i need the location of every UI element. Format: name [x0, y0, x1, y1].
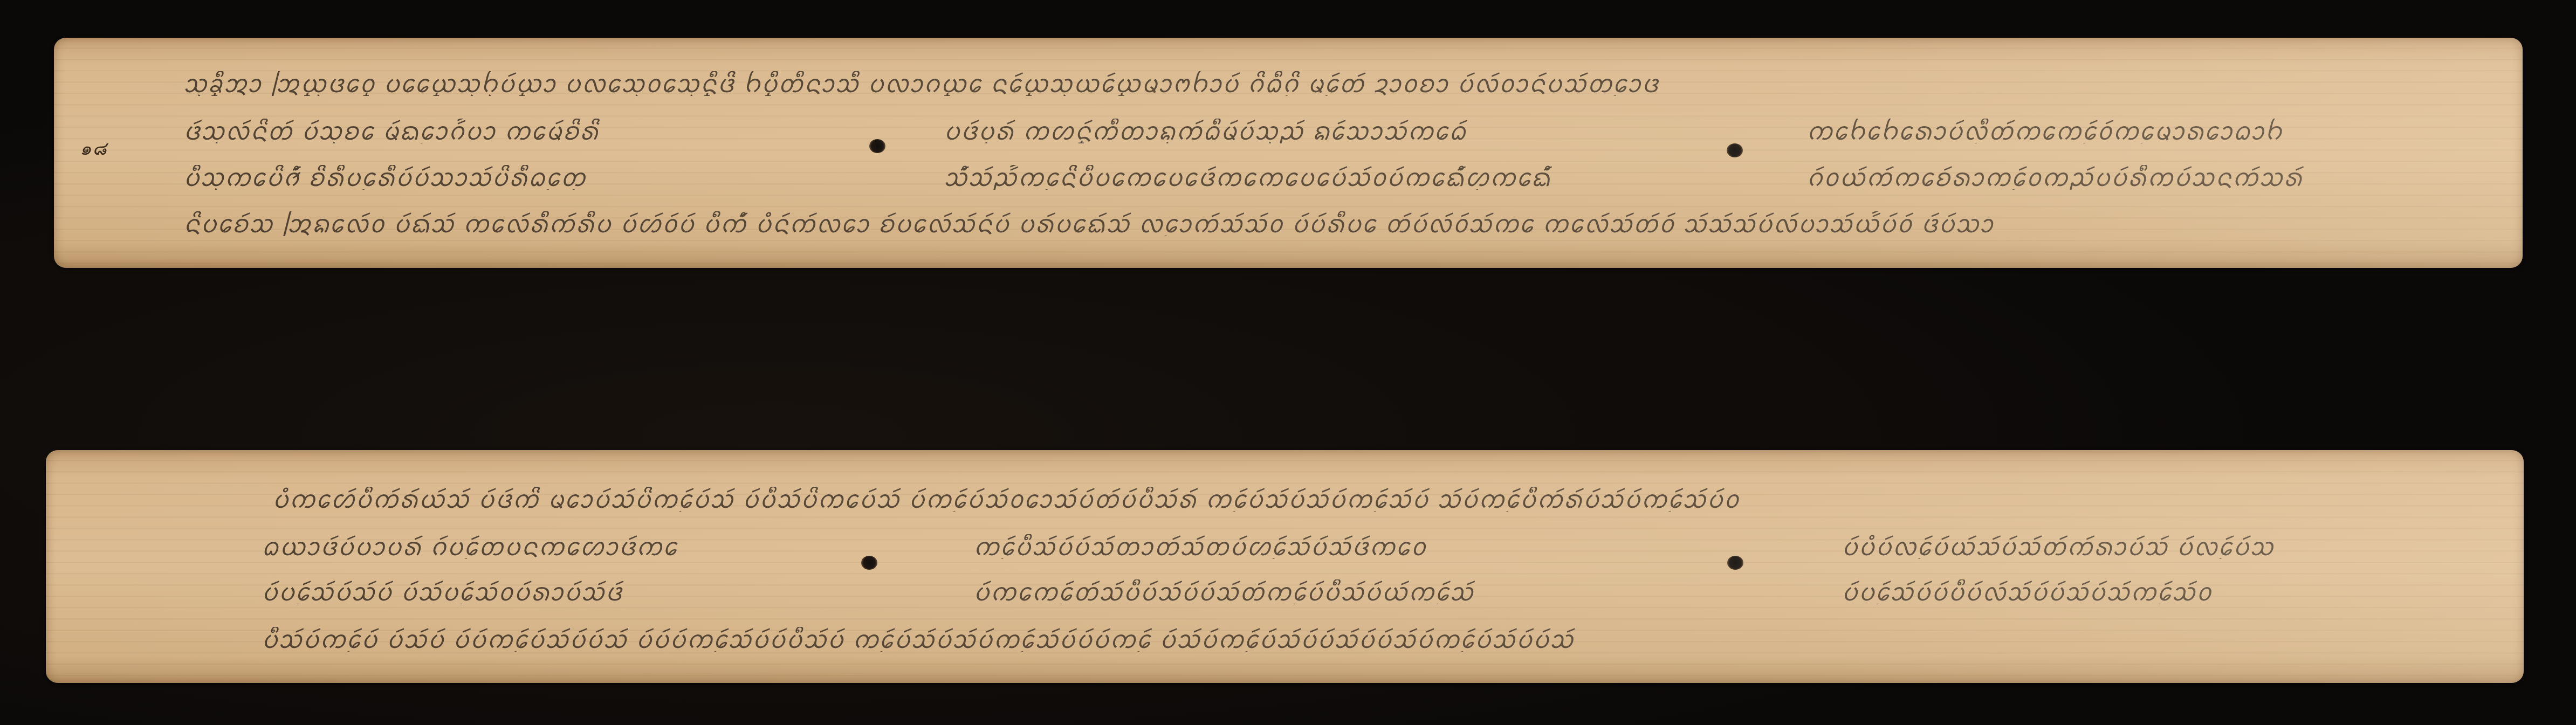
- palm-leaf-folio-bottom: ᨷᩴᨠᩮᩉᩢᨷᩥᨠᩢᩁᩢᨿᩢᩈᩢ ᨷᩢᨴᩢᨠᩦ ᨾᩮᩣᨷᩢᩈᩢᨷᩦᨠᩮᩬᩢᨷᩢᩈ…: [46, 450, 2524, 683]
- script-line-2-right: ᨷᩢᨷᩴᨷᩢᩃᩮᩬᩢᨷᩢᨿᩢᩈᩢᨷᩢᩈᩢᨲᩢᨠᩢᩁᩣᨷᩢᩈᩢ ᨷᩢᩃᩮᩬᩢᨷᩢᩈ: [1842, 534, 2462, 559]
- string-hole-right: [1727, 143, 1743, 157]
- folio-number: ๑๘: [80, 134, 108, 163]
- script-line-3-right: ᨷᩢᨷᩮᩬᩢᩈᩢᨷᩢᨷᩢᨷᩥᨷᩢᩃᩢᩈᩢᨷᩢᨷᩢᩈᩢᨷᩢᩈᩢᨠᩮᩬᩢᩈᩢᩅ: [1842, 579, 2462, 604]
- palm-leaf-folio-top: ๑๘ ᩈᩩ᩠ᨡᩥᩋᩣ ᩒ᩠ᨿᩩᨴᩮ᩠ᩅ ᨷᩯ᩠ᨿᩈᩩᨤᩩᨷᩢ᩠ᨿᩣ ᨷᩃᩮᩈᩩᩅ…: [54, 38, 2523, 268]
- string-hole-left: [869, 139, 885, 153]
- script-line-3-right: ᨣᩢᩅᨿᩢᨠᩢᨠᩮᨧᩢᩁᩣᨠᩮᩬᩢᩅᨠᨬᩢᨷᨷᩢᩁᩥᨠᨷᩢᩈᨶᨠᩢᩈᩁᩢ: [1806, 165, 2464, 190]
- script-line-3-left: ᨷᩥᩈᩩᨠᩮᨷᩦᩆᩢᩴᩢ ᨧᩦᩁᩥᨷᩮᩬᩁᩥᨷᩢᨷᩢᩈᩣᩈᩢᨷᩦᩁᩥᨵᩮᩬᨲᩬ: [183, 165, 820, 190]
- script-line-2-left: ᨴᩢᩈᩩᩃᩢᨶᩦᨲᩢ ᨷᩢᩈᩩᨧᩮ ᨾᩢᨳᩮᩬᩣᨣᩢᩢᨷᩣ ᨠᩮᨾᩢᨧᩦᩁᩦ: [183, 119, 820, 143]
- script-line-1: ᨷᩴᨠᩮᩉᩢᨷᩥᨠᩢᩁᩢᨿᩢᩈᩢ ᨷᩢᨴᩢᨠᩦ ᨾᩮᩣᨷᩢᩈᩢᨷᩦᨠᩮᩬᩢᨷᩢᩈ…: [272, 487, 2483, 512]
- script-line-3-middle: ᨷᩢᨠᩮᨠᩮᩬᩢᨲᩢᩈᩢᨷᩥᨷᩢᩈᩢᨷᩢᨷᩢᩈᩢᨲᩢᨠᩮᩬᩢᨷᩢᨷᩥᩈᩢᨷᩢᨿᩢ…: [973, 579, 1674, 604]
- script-line-2-middle: ᨠᩮᩬᩢᨷᩥᩈᩢᨷᩢᨷᩢᩈᩢᨲᩣᨲᩢᩈᩢᨲᨷᩢᩉᩮᩬᩢᩈᩢᨷᩢᩈᩢᨴᩢᨠᩮᩅ: [973, 534, 1674, 559]
- script-line-4: ᨷᩥᩈᩢᨷᩢᨠᩮᩬᩢᨷᩢ ᨷᩢᩈᩢᨷᩢ ᨷᩢᨷᩢᨠᩮᩬᩢᨷᩢᩈᩢᨷᩢᨷᩢᩈᩢ ᨷ…: [262, 627, 2483, 652]
- script-line-2-right: ᨠᩮᨤᩮᨤᩮᩁᩣᨷᩢᩃᩬᩥᨲᩢᨠᩮᨠᩮᩬᩢᩅᩢᨠᩮᩬᨾᩣᩁᩮᩣᨵᩣᨤ: [1806, 119, 2464, 143]
- script-line-4: ᨶᩦᨷᩮᨧᩢᩈ ᩒᨦᩮᩃᩢᩅ ᨷᩢᨳᩢᩈᩢ ᨠᩮᩃᩢᩁᩥᨠᩢᩁᩥᨷ ᨷᩢᩉᩢᩅᩢ…: [183, 211, 2502, 236]
- script-line-1: ᩈᩩ᩠ᨡᩥᩋᩣ ᩒ᩠ᨿᩩᨴᩮ᩠ᩅ ᨷᩯ᩠ᨿᩈᩩᨤᩩᨷᩢ᩠ᨿᩣ ᨷᩃᩮᩈᩩᩅᩮᩈᩩ…: [183, 71, 2502, 96]
- script-line-3-middle: ᩈᩢᩴᩈᩢᨬᩢᩢᨠᩮᩬᨶᩦᨷᩥᨷᩮᨠᩮᨷᩮᨴᩢᨠᩮᨠᩮᨷᩮᨷᩢᩈᩢᩅᨷᩢᨠᩮᨳᩢ…: [944, 165, 1688, 190]
- script-line-2-middle: ᨷᨴᩢᨷᩩᩁᩢ ᨠᩉ᩠ᨶᩢᨠᩥᨲᩣᨦᩩᨠᩢᨵᩥᨾᩢᨷᩢᩈᩩᨬᩢ ᨦᩮᩢᩈᩣᩈᩢᨠ…: [944, 119, 1688, 143]
- script-line-3-left: ᨷᩢᨷᩮᩬᩢᩈᩢᨷᩢᩈᩢᨷᩢ ᨷᩢᩈᩢᨷᩮᩬᩢᩈᩢᩅᨷᩢᩁᩣᨷᩢᩈᩢᨴᩢ: [262, 579, 801, 604]
- script-line-2-left: ᨵᨿᩣᨴᩢᨷᩢᨷᩣᨷᩁᩢ ᨣᩢᨷᩮᩬᩢᨲᨷᨶᨠᩮᩉᩣᨴᩢᨠᩮ: [262, 534, 801, 559]
- string-hole-right: [1727, 556, 1743, 570]
- string-hole-left: [861, 556, 877, 570]
